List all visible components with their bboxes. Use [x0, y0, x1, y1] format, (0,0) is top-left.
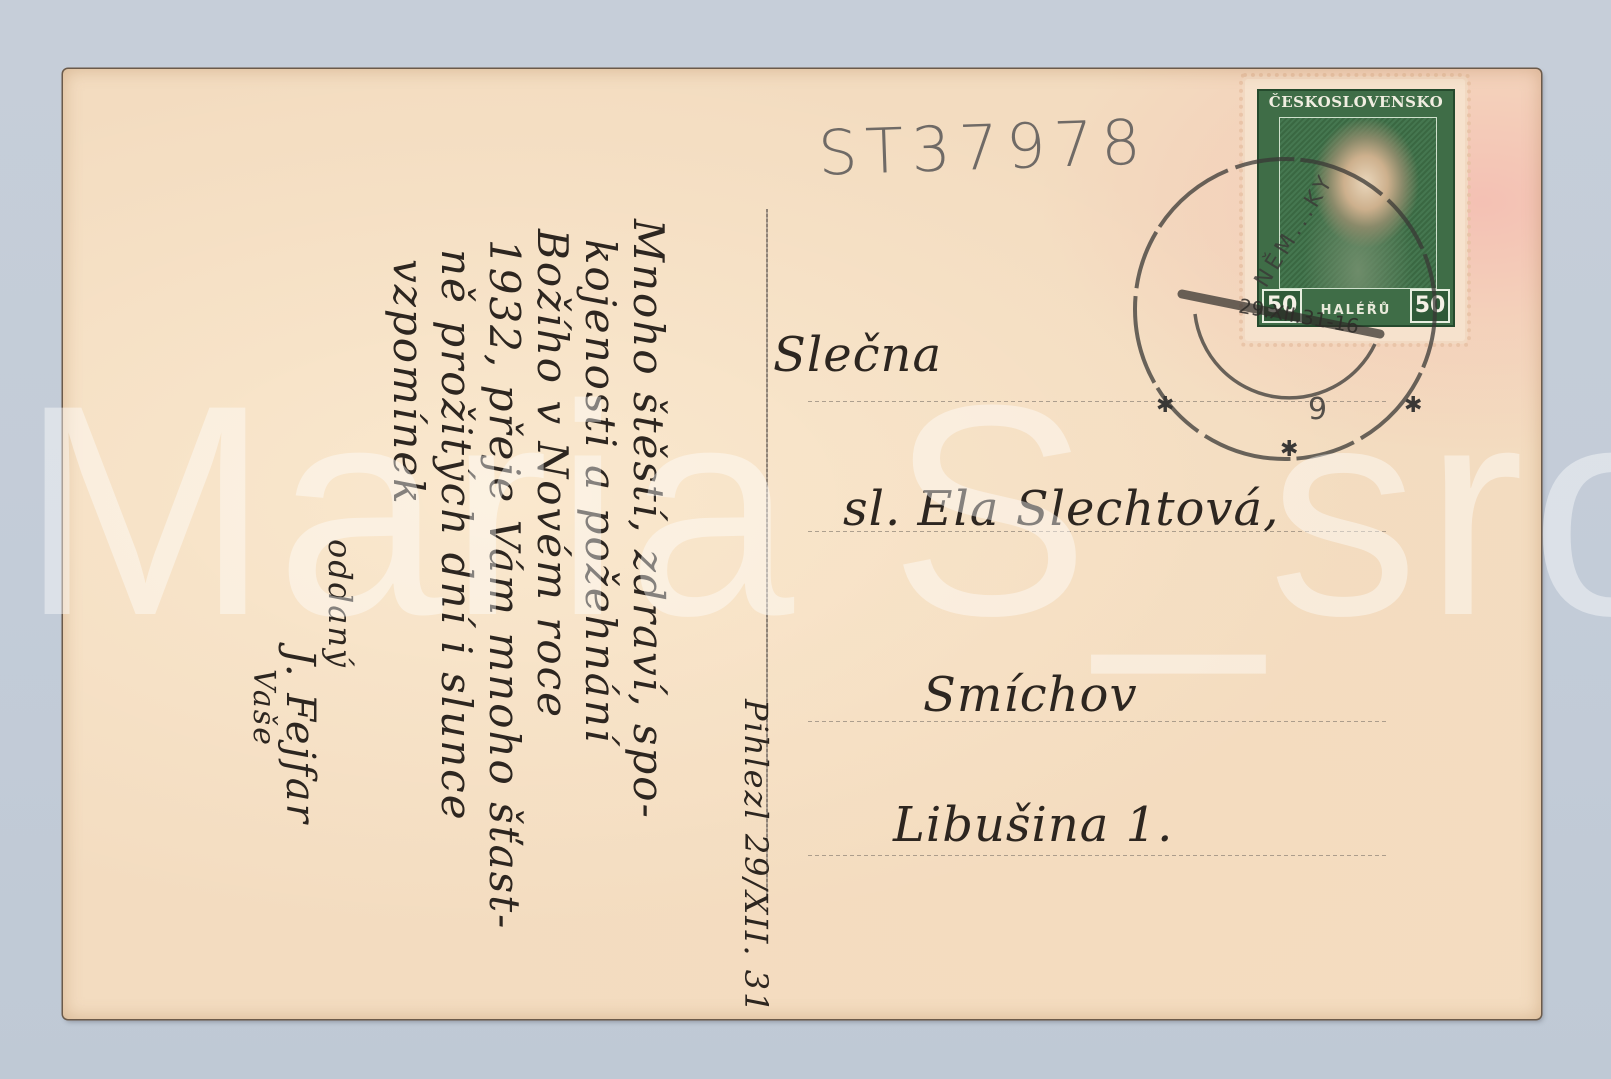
stamp-country: ČESKOSLOVENSKO: [1259, 93, 1453, 111]
address-line: [808, 531, 1388, 532]
inventory-number: ST37978: [817, 105, 1150, 189]
message-line: kojenosti a požehnání: [576, 239, 625, 744]
message-line: 1932, přeje Vám mnoho šťast-: [480, 239, 529, 930]
stamp-portrait-icon: [1279, 117, 1437, 289]
address-line: [808, 855, 1388, 856]
address-district: Smíchov: [923, 667, 1138, 723]
postcard: ST37978 Mnoho štěstí, zdraví, spo- kojen…: [63, 69, 1541, 1019]
message-closing: oddaný: [321, 539, 359, 669]
postmark-office-number: 9: [1308, 392, 1327, 427]
stamp-frame: ČESKOSLOVENSKO 50 HALÉŘŮ 50: [1257, 89, 1455, 327]
message-line: ně prožitých dní i slunce: [432, 249, 481, 822]
svg-text:✱: ✱: [1404, 393, 1422, 418]
place-date: Pihlezl 29/XII. 31: [737, 699, 775, 1014]
postage-stamp: ČESKOSLOVENSKO 50 HALÉŘŮ 50: [1245, 79, 1465, 341]
message-line: vzpomínek: [384, 259, 433, 506]
address-street: Libušina 1.: [893, 797, 1173, 853]
svg-text:✱: ✱: [1280, 437, 1298, 462]
message-line: Mnoho štěstí, zdraví, spo-: [624, 219, 673, 820]
address-line: [808, 401, 1388, 402]
signature: J. Fejfar: [277, 649, 323, 825]
message-area: Mnoho štěstí, zdraví, spo- kojenosti a p…: [233, 219, 793, 989]
address-salutation: Slečna: [773, 327, 942, 383]
stamp-value-right: 50: [1410, 289, 1450, 323]
signature-note: Vaše: [246, 669, 281, 747]
address-line: [808, 721, 1388, 722]
message-line: Božího v Novém roce: [528, 229, 577, 719]
address-name: sl. Ela Slechtová,: [843, 481, 1279, 537]
svg-text:✱: ✱: [1156, 393, 1174, 418]
